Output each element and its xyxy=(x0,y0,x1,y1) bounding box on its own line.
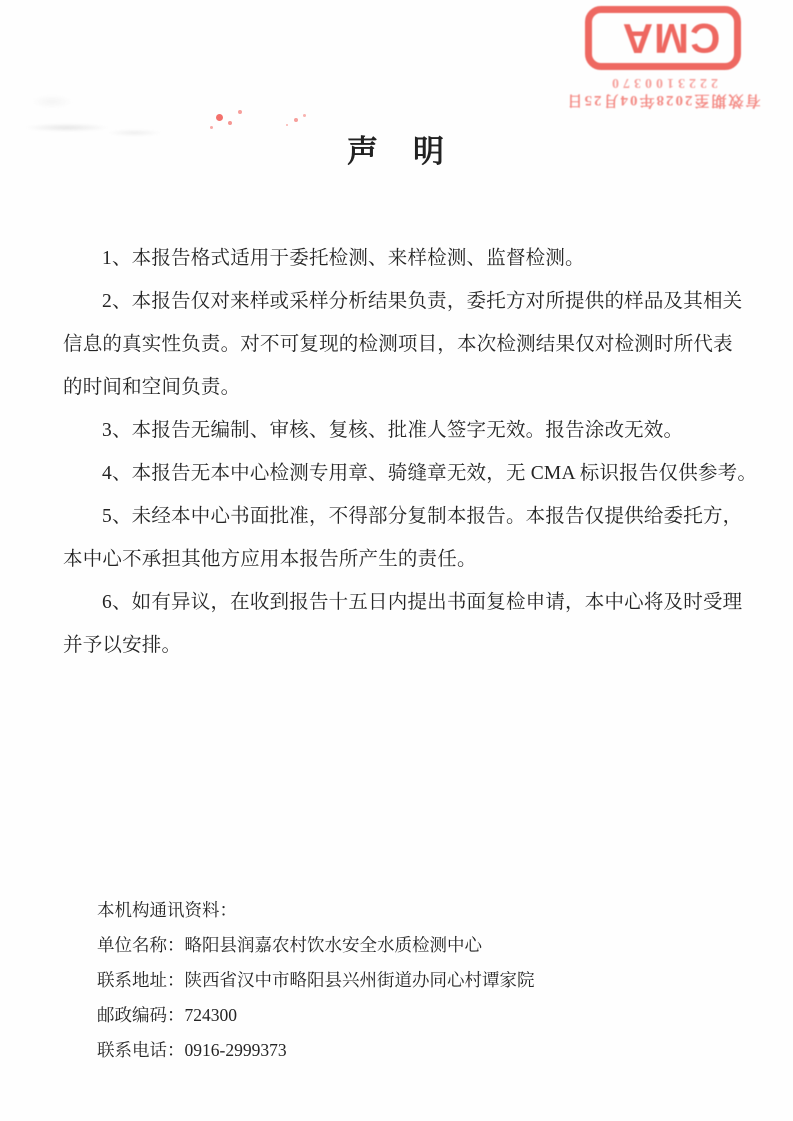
statement-line: 6、如有异议，在收到报告十五日内提出书面复检申请，本中心将及时受理 xyxy=(63,581,733,624)
statement-line: 本中心不承担其他方应用本报告所产生的责任。 xyxy=(63,538,733,581)
contact-heading: 本机构通讯资料： xyxy=(97,893,535,928)
statement-line: 5、未经本中心书面批准，不得部分复制本报告。本报告仅提供给委托方， xyxy=(63,495,733,538)
red-speck xyxy=(238,110,242,114)
contact-phone: 联系电话：0916-2999373 xyxy=(97,1033,535,1068)
cma-logo-text: CMA xyxy=(622,17,721,59)
statement-line: 2、本报告仅对来样或采样分析结果负责，委托方对所提供的样品及其相关 xyxy=(63,280,733,323)
red-speck xyxy=(216,114,223,121)
red-speck xyxy=(294,118,298,122)
cma-stamp: 有效期至2028年04月25日 2223100370 CMA xyxy=(535,6,791,112)
contact-address: 联系地址：陕西省汉中市略阳县兴州街道办同心村谭家院 xyxy=(97,963,535,998)
stamp-validity-text: 有效期至2028年04月25日 xyxy=(566,91,761,112)
statement-line: 并予以安排。 xyxy=(63,624,733,667)
statement-line: 1、本报告格式适用于委托检测、来样检测、监督检测。 xyxy=(63,237,733,280)
page-title: 声 明 xyxy=(0,126,793,171)
cma-logo-icon: CMA xyxy=(585,6,741,70)
statement-line: 信息的真实性负责。对不可复现的检测项目，本次检测结果仅对检测时所代表 xyxy=(63,323,733,366)
statement-line: 的时间和空间负责。 xyxy=(63,366,733,409)
red-speck xyxy=(228,121,232,125)
document-page: 有效期至2028年04月25日 2223100370 CMA 声 明 1、本报告… xyxy=(0,0,793,1121)
contact-postcode: 邮政编码：724300 xyxy=(97,998,535,1033)
red-speck xyxy=(303,114,306,117)
statement-body: 1、本报告格式适用于委托检测、来样检测、监督检测。 2、本报告仅对来样或采样分析… xyxy=(63,237,733,667)
contact-unit: 单位名称：略阳县润嘉农村饮水安全水质检测中心 xyxy=(97,928,535,963)
stamp-certificate-number: 2223100370 xyxy=(608,74,718,90)
statement-line: 3、本报告无编制、审核、复核、批准人签字无效。报告涂改无效。 xyxy=(63,409,733,452)
statement-line: 4、本报告无本中心检测专用章、骑缝章无效，无 CMA 标识报告仅供参考。 xyxy=(63,452,733,495)
contact-info: 本机构通讯资料： 单位名称：略阳县润嘉农村饮水安全水质检测中心 联系地址：陕西省… xyxy=(97,893,535,1068)
